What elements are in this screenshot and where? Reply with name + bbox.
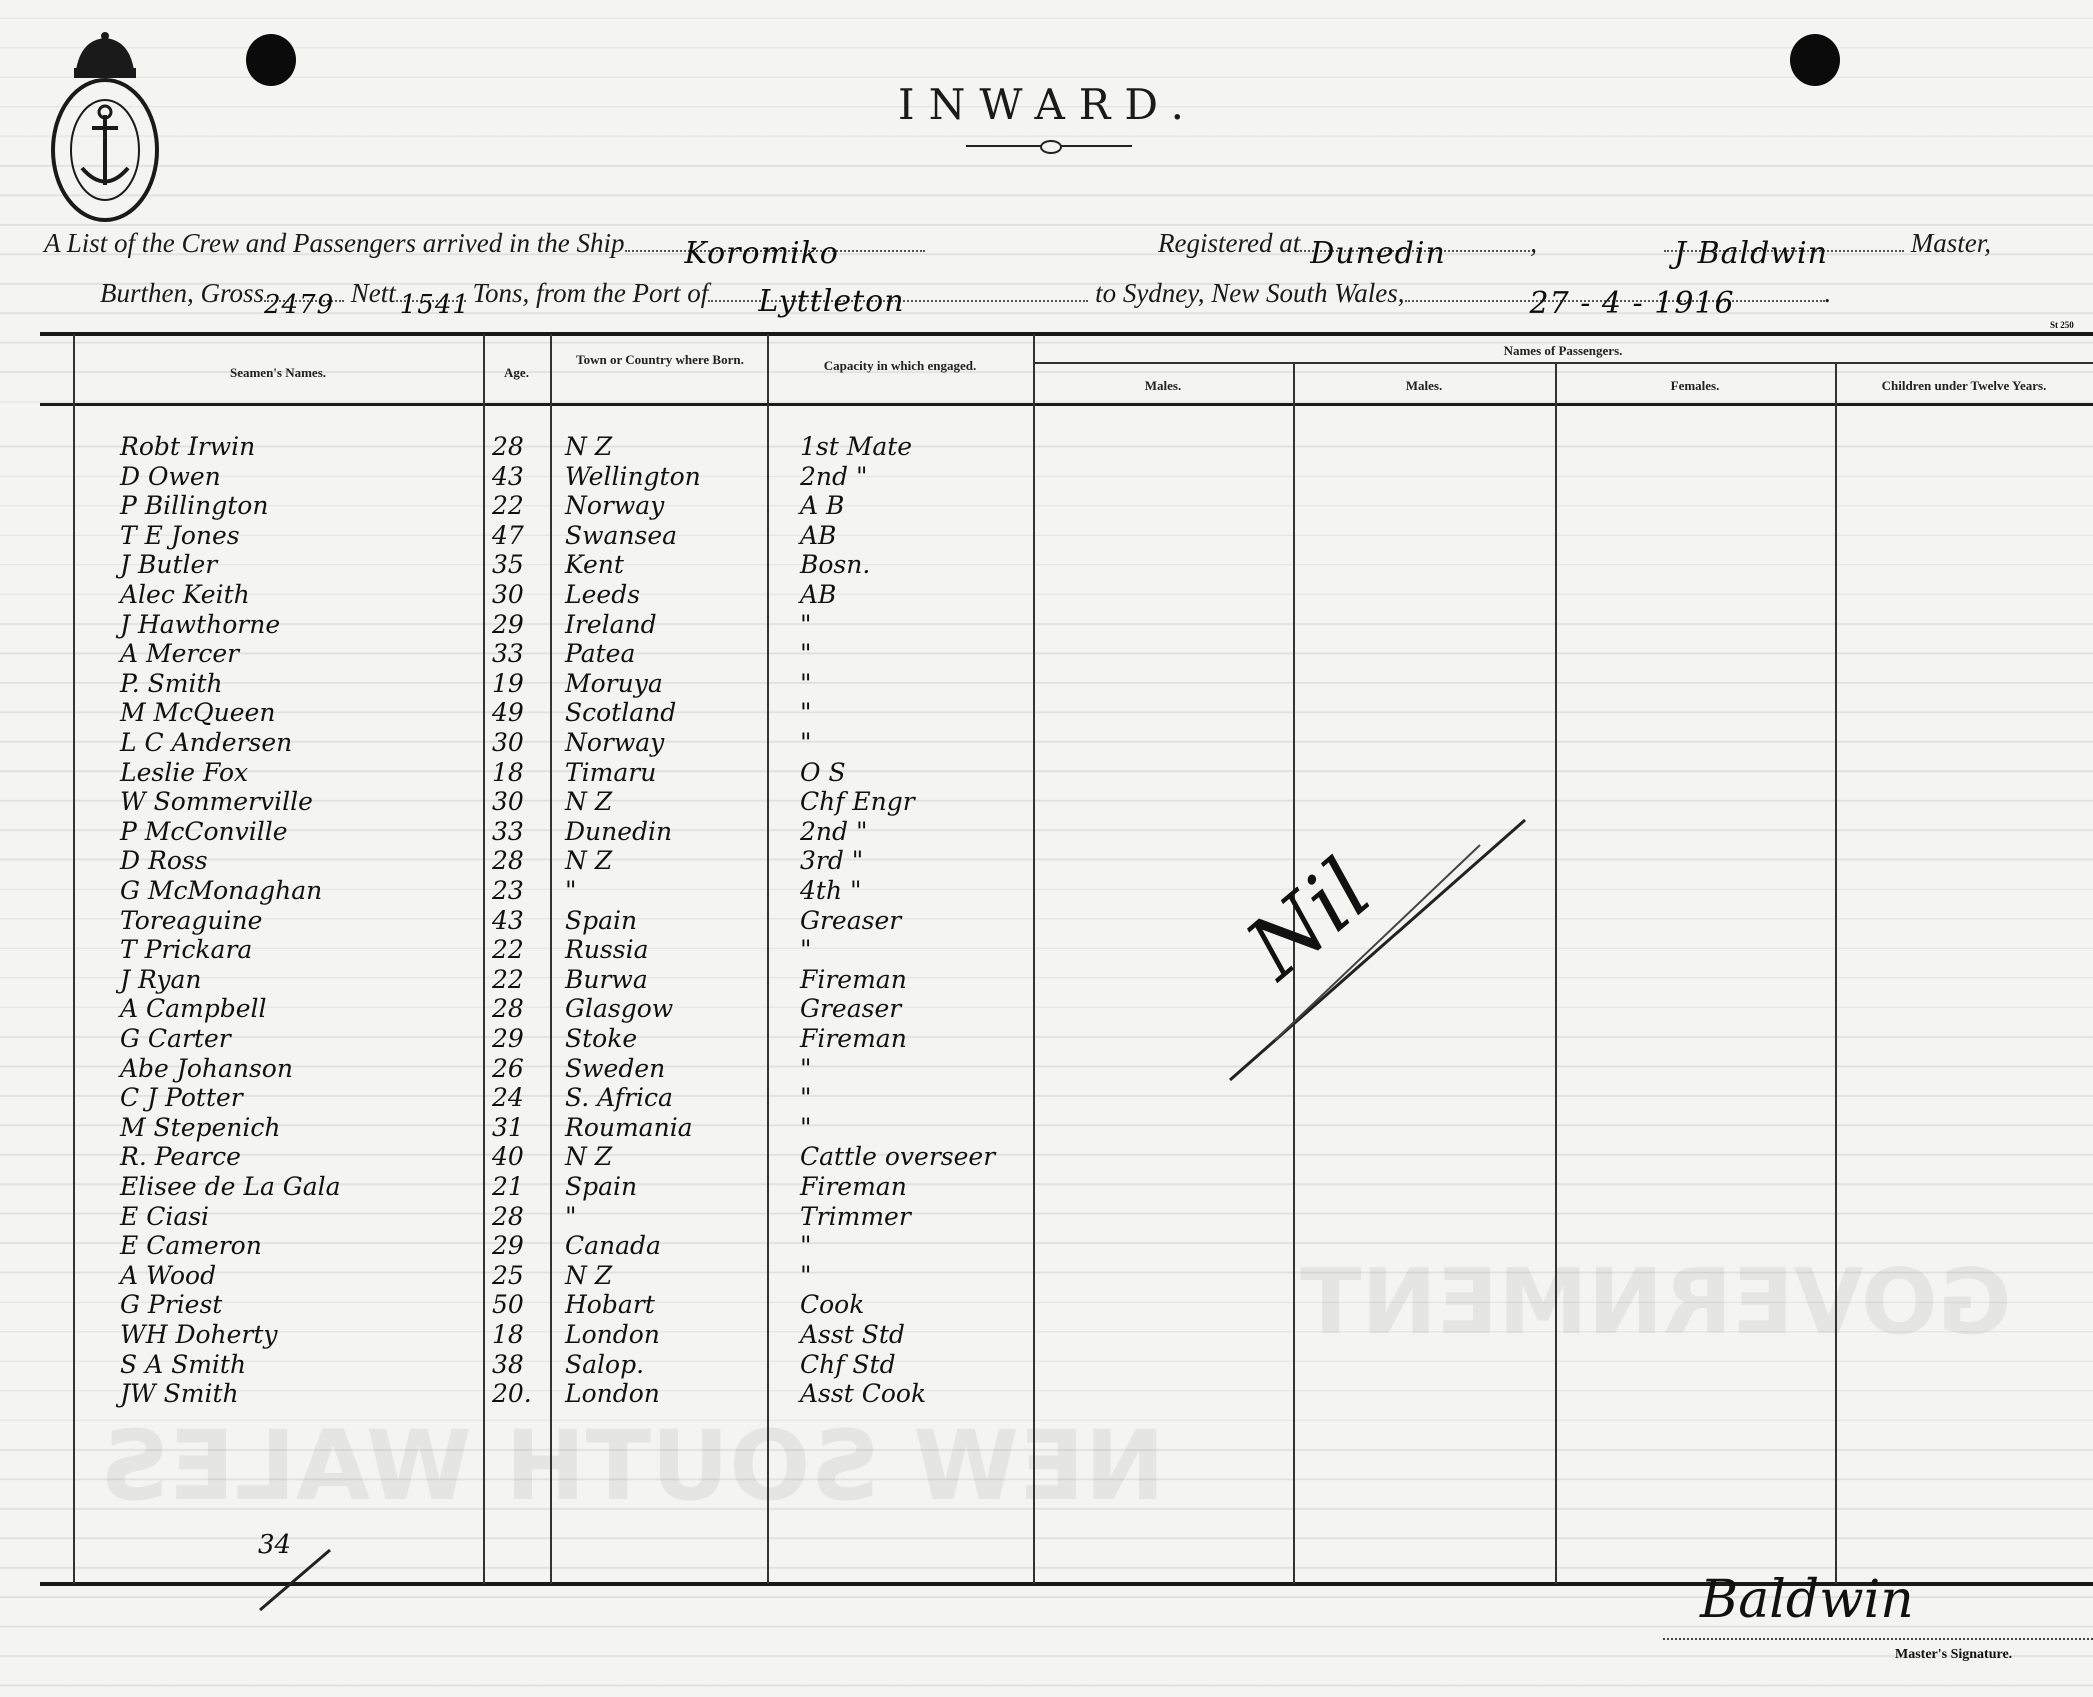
capacity-cell: " xyxy=(800,728,1030,758)
age-cell: 22 xyxy=(492,965,547,995)
capacity-cell: " xyxy=(800,1054,1030,1084)
town-born-cell: Timaru xyxy=(565,758,765,788)
seaman-name-cell: M McQueen xyxy=(120,698,480,728)
capacity-cell: Greaser xyxy=(800,994,1030,1024)
signature-label: Master's Signature. xyxy=(1895,1647,2012,1663)
age-cell: 19 xyxy=(492,669,547,699)
capacity-cell: 1st Mate xyxy=(800,432,1030,462)
table-row: T Prickara22Russia" xyxy=(0,935,1040,965)
town-born-cell: " xyxy=(565,1202,765,1232)
town-born-cell: Norway xyxy=(565,728,765,758)
table-row: A Wood25N Z" xyxy=(0,1261,1040,1291)
ship-name-field: Koromiko xyxy=(685,236,839,271)
town-born-cell: " xyxy=(565,876,765,906)
seaman-name-cell: S A Smith xyxy=(120,1350,480,1380)
seaman-name-cell: WH Doherty xyxy=(120,1320,480,1350)
capacity-cell: " xyxy=(800,1261,1030,1291)
town-born-cell: Dunedin xyxy=(565,817,765,847)
to-sydney-label: to Sydney, New South Wales, xyxy=(1095,278,1404,308)
town-born-cell: N Z xyxy=(565,846,765,876)
seaman-name-cell: E Cameron xyxy=(120,1231,480,1261)
age-cell: 18 xyxy=(492,1320,547,1350)
header-bottom-rule xyxy=(40,403,2093,406)
capacity-cell: Fireman xyxy=(800,1024,1030,1054)
capacity-cell: Asst Cook xyxy=(800,1379,1030,1409)
age-cell: 22 xyxy=(492,935,547,965)
capacity-cell: Cattle overseer xyxy=(800,1142,1030,1172)
town-born-cell: N Z xyxy=(565,1142,765,1172)
age-cell: 47 xyxy=(492,521,547,551)
town-born-cell: Moruya xyxy=(565,669,765,699)
capacity-cell: Cook xyxy=(800,1290,1030,1320)
age-cell: 23 xyxy=(492,876,547,906)
capacity-cell: 4th " xyxy=(800,876,1030,906)
seaman-name-cell: A Mercer xyxy=(120,639,480,669)
age-cell: 40 xyxy=(492,1142,547,1172)
town-born-cell: N Z xyxy=(565,787,765,817)
table-row: G Priest50HobartCook xyxy=(0,1290,1040,1320)
col-header-capacity: Capacity in which engaged. xyxy=(767,358,1033,373)
capacity-cell: " xyxy=(800,669,1030,699)
seaman-name-cell: P. Smith xyxy=(120,669,480,699)
seaman-name-cell: T Prickara xyxy=(120,935,480,965)
capacity-cell: 2nd " xyxy=(800,462,1030,492)
capacity-cell: " xyxy=(800,1113,1030,1143)
capacity-cell: AB xyxy=(800,580,1030,610)
col-header-females: Females. xyxy=(1555,378,1835,393)
seaman-name-cell: C J Potter xyxy=(120,1083,480,1113)
capacity-cell: Fireman xyxy=(800,1172,1030,1202)
table-row: J Hawthorne29Ireland" xyxy=(0,610,1040,640)
table-row: J Butler35KentBosn. xyxy=(0,550,1040,580)
registered-label: Registered at xyxy=(1158,228,1300,258)
table-row: Toreaguine43SpainGreaser xyxy=(0,906,1040,936)
gross-tons-field: 2479 xyxy=(264,290,334,320)
capacity-cell: " xyxy=(800,639,1030,669)
age-cell: 28 xyxy=(492,846,547,876)
town-born-cell: Norway xyxy=(565,491,765,521)
registered-port-field: Dunedin xyxy=(1310,236,1446,271)
capacity-cell: Chf Std xyxy=(800,1350,1030,1380)
table-top-rule xyxy=(40,332,2093,336)
table-row: P Billington22NorwayA B xyxy=(0,491,1040,521)
capacity-cell: Bosn. xyxy=(800,550,1030,580)
table-row: L C Andersen30Norway" xyxy=(0,728,1040,758)
town-born-cell: Sweden xyxy=(565,1054,765,1084)
nett-label: Nett xyxy=(351,278,396,308)
table-row: G Carter29StokeFireman xyxy=(0,1024,1040,1054)
table-row: D Owen43Wellington2nd " xyxy=(0,462,1040,492)
table-row: D Ross28N Z3rd " xyxy=(0,846,1040,876)
passengers-group-rule xyxy=(1035,362,2093,364)
title-ornament-icon xyxy=(1040,140,1062,154)
nil-flourish-icon xyxy=(1225,800,1555,1100)
age-cell: 28 xyxy=(492,432,547,462)
age-cell: 30 xyxy=(492,787,547,817)
seaman-name-cell: T E Jones xyxy=(120,521,480,551)
signature-line xyxy=(1663,1638,2093,1640)
town-born-cell: London xyxy=(565,1320,765,1350)
table-row: W Sommerville30N ZChf Engr xyxy=(0,787,1040,817)
burthen-label: Burthen, Gross xyxy=(100,278,264,308)
shipping-masters-seal-icon xyxy=(46,30,164,228)
date-field: 27 - 4 - 1916 xyxy=(1530,286,1735,321)
header-line-1: A List of the Crew and Passengers arrive… xyxy=(44,228,925,259)
col-header-names: Seamen's Names. xyxy=(73,365,483,380)
master-signature: Baldwin xyxy=(1700,1570,1914,1630)
town-born-cell: N Z xyxy=(565,1261,765,1291)
age-cell: 18 xyxy=(492,758,547,788)
seaman-name-cell: Robt Irwin xyxy=(120,432,480,462)
town-born-cell: Swansea xyxy=(565,521,765,551)
seaman-name-cell: P Billington xyxy=(120,491,480,521)
table-row: JW Smith20.LondonAsst Cook xyxy=(0,1379,1040,1409)
capacity-cell: O S xyxy=(800,758,1030,788)
town-born-cell: Glasgow xyxy=(565,994,765,1024)
col-header-town: Town or Country where Born. xyxy=(575,352,745,367)
town-born-cell: Patea xyxy=(565,639,765,669)
seaman-name-cell: J Hawthorne xyxy=(120,610,480,640)
table-row: Leslie Fox18TimaruO S xyxy=(0,758,1040,788)
col-header-males-2: Males. xyxy=(1293,378,1555,393)
age-cell: 43 xyxy=(492,462,547,492)
seaman-name-cell: W Sommerville xyxy=(120,787,480,817)
seaman-name-cell: JW Smith xyxy=(120,1379,480,1409)
seaman-name-cell: Leslie Fox xyxy=(120,758,480,788)
punch-hole-left xyxy=(246,34,296,86)
table-row: S A Smith38Salop.Chf Std xyxy=(0,1350,1040,1380)
watermark-nsw: NEW SOUTH WALES xyxy=(100,1410,1165,1522)
seaman-name-cell: P McConville xyxy=(120,817,480,847)
capacity-cell: Trimmer xyxy=(800,1202,1030,1232)
tons-from-label: Tons, from the Port of xyxy=(473,278,709,308)
master-group: J Baldwin Master, xyxy=(1664,228,1991,259)
age-cell: 30 xyxy=(492,580,547,610)
age-cell: 35 xyxy=(492,550,547,580)
seaman-name-cell: Toreaguine xyxy=(120,906,480,936)
town-born-cell: Hobart xyxy=(565,1290,765,1320)
seaman-name-cell: G McMonaghan xyxy=(120,876,480,906)
page-title: INWARD. xyxy=(848,80,1248,129)
seaman-name-cell: M Stepenich xyxy=(120,1113,480,1143)
capacity-cell: 2nd " xyxy=(800,817,1030,847)
table-row: A Mercer33Patea" xyxy=(0,639,1040,669)
header-intro-label: A List of the Crew and Passengers arrive… xyxy=(44,228,625,258)
age-cell: 21 xyxy=(492,1172,547,1202)
seaman-name-cell: J Ryan xyxy=(120,965,480,995)
col-header-passengers: Names of Passengers. xyxy=(1033,343,2093,358)
age-cell: 25 xyxy=(492,1261,547,1291)
capacity-cell: A B xyxy=(800,491,1030,521)
capacity-cell: " xyxy=(800,935,1030,965)
age-cell: 30 xyxy=(492,728,547,758)
seaman-name-cell: E Ciasi xyxy=(120,1202,480,1232)
capacity-cell: Greaser xyxy=(800,906,1030,936)
town-born-cell: Kent xyxy=(565,550,765,580)
capacity-cell: " xyxy=(800,698,1030,728)
table-row: E Ciasi28"Trimmer xyxy=(0,1202,1040,1232)
table-row: R. Pearce40N ZCattle overseer xyxy=(0,1142,1040,1172)
table-row: J Ryan22BurwaFireman xyxy=(0,965,1040,995)
nett-tons-field: 1541 xyxy=(400,290,470,320)
age-cell: 22 xyxy=(492,491,547,521)
table-row: E Cameron29Canada" xyxy=(0,1231,1040,1261)
age-cell: 49 xyxy=(492,698,547,728)
capacity-cell: " xyxy=(800,1083,1030,1113)
seaman-name-cell: L C Andersen xyxy=(120,728,480,758)
col-border-females xyxy=(1555,362,1557,1584)
col-header-males-1: Males. xyxy=(1033,378,1293,393)
capacity-cell: AB xyxy=(800,521,1030,551)
town-born-cell: Salop. xyxy=(565,1350,765,1380)
town-born-cell: Roumania xyxy=(565,1113,765,1143)
town-born-cell: Spain xyxy=(565,906,765,936)
age-cell: 38 xyxy=(492,1350,547,1380)
town-born-cell: London xyxy=(565,1379,765,1409)
seaman-name-cell: R. Pearce xyxy=(120,1142,480,1172)
table-row: T E Jones47SwanseaAB xyxy=(0,521,1040,551)
from-port-field: Lyttleton xyxy=(758,284,904,319)
town-born-cell: Leeds xyxy=(565,580,765,610)
capacity-cell: 3rd " xyxy=(800,846,1030,876)
registered-label-group: Registered atDunedin, xyxy=(1158,228,1537,259)
form-number: St 250 xyxy=(2050,320,2074,330)
seaman-name-cell: G Priest xyxy=(120,1290,480,1320)
age-cell: 29 xyxy=(492,610,547,640)
tally-stroke-icon xyxy=(255,1545,335,1615)
master-label: Master, xyxy=(1911,228,1991,258)
capacity-cell: Asst Std xyxy=(800,1320,1030,1350)
capacity-cell: " xyxy=(800,610,1030,640)
master-name-field: J Baldwin xyxy=(1674,236,1828,271)
table-row: P McConville33Dunedin2nd " xyxy=(0,817,1040,847)
age-cell: 50 xyxy=(492,1290,547,1320)
col-border-children xyxy=(1835,362,1837,1584)
table-row: P. Smith19Moruya" xyxy=(0,669,1040,699)
age-cell: 31 xyxy=(492,1113,547,1143)
town-born-cell: Spain xyxy=(565,1172,765,1202)
age-cell: 43 xyxy=(492,906,547,936)
age-cell: 33 xyxy=(492,817,547,847)
seaman-name-cell: Abe Johanson xyxy=(120,1054,480,1084)
age-cell: 28 xyxy=(492,994,547,1024)
seaman-name-cell: Elisee de La Gala xyxy=(120,1172,480,1202)
age-cell: 28 xyxy=(492,1202,547,1232)
watermark-government: GOVERNMENT xyxy=(1300,1250,2011,1355)
seaman-name-cell: D Ross xyxy=(120,846,480,876)
header-line-2: Burthen, Gross2479 Nett1541 Tons, from t… xyxy=(100,278,1831,309)
table-row: WH Doherty18LondonAsst Std xyxy=(0,1320,1040,1350)
age-cell: 33 xyxy=(492,639,547,669)
age-cell: 29 xyxy=(492,1024,547,1054)
col-header-children: Children under Twelve Years. xyxy=(1835,378,2093,393)
town-born-cell: Ireland xyxy=(565,610,765,640)
age-cell: 26 xyxy=(492,1054,547,1084)
table-row: Elisee de La Gala21SpainFireman xyxy=(0,1172,1040,1202)
table-row: M Stepenich31Roumania" xyxy=(0,1113,1040,1143)
town-born-cell: Burwa xyxy=(565,965,765,995)
seaman-name-cell: J Butler xyxy=(120,550,480,580)
town-born-cell: Canada xyxy=(565,1231,765,1261)
punch-hole-right xyxy=(1790,34,1840,86)
town-born-cell: Russia xyxy=(565,935,765,965)
table-row: Alec Keith30LeedsAB xyxy=(0,580,1040,610)
table-row: G McMonaghan23"4th " xyxy=(0,876,1040,906)
town-born-cell: N Z xyxy=(565,432,765,462)
seaman-name-cell: A Wood xyxy=(120,1261,480,1291)
seaman-name-cell: G Carter xyxy=(120,1024,480,1054)
town-born-cell: Scotland xyxy=(565,698,765,728)
table-row: M McQueen49Scotland" xyxy=(0,698,1040,728)
col-header-age: Age. xyxy=(483,365,550,380)
capacity-cell: " xyxy=(800,1231,1030,1261)
table-row: Abe Johanson26Sweden" xyxy=(0,1054,1040,1084)
seaman-name-cell: A Campbell xyxy=(120,994,480,1024)
table-row: A Campbell28GlasgowGreaser xyxy=(0,994,1040,1024)
seaman-name-cell: D Owen xyxy=(120,462,480,492)
age-cell: 20. xyxy=(492,1379,547,1409)
town-born-cell: Stoke xyxy=(565,1024,765,1054)
capacity-cell: Fireman xyxy=(800,965,1030,995)
capacity-cell: Chf Engr xyxy=(800,787,1030,817)
table-row: Robt Irwin28N Z1st Mate xyxy=(0,432,1040,462)
table-row: C J Potter24S. Africa" xyxy=(0,1083,1040,1113)
seaman-name-cell: Alec Keith xyxy=(120,580,480,610)
town-born-cell: S. Africa xyxy=(565,1083,765,1113)
age-cell: 29 xyxy=(492,1231,547,1261)
age-cell: 24 xyxy=(492,1083,547,1113)
town-born-cell: Wellington xyxy=(565,462,765,492)
